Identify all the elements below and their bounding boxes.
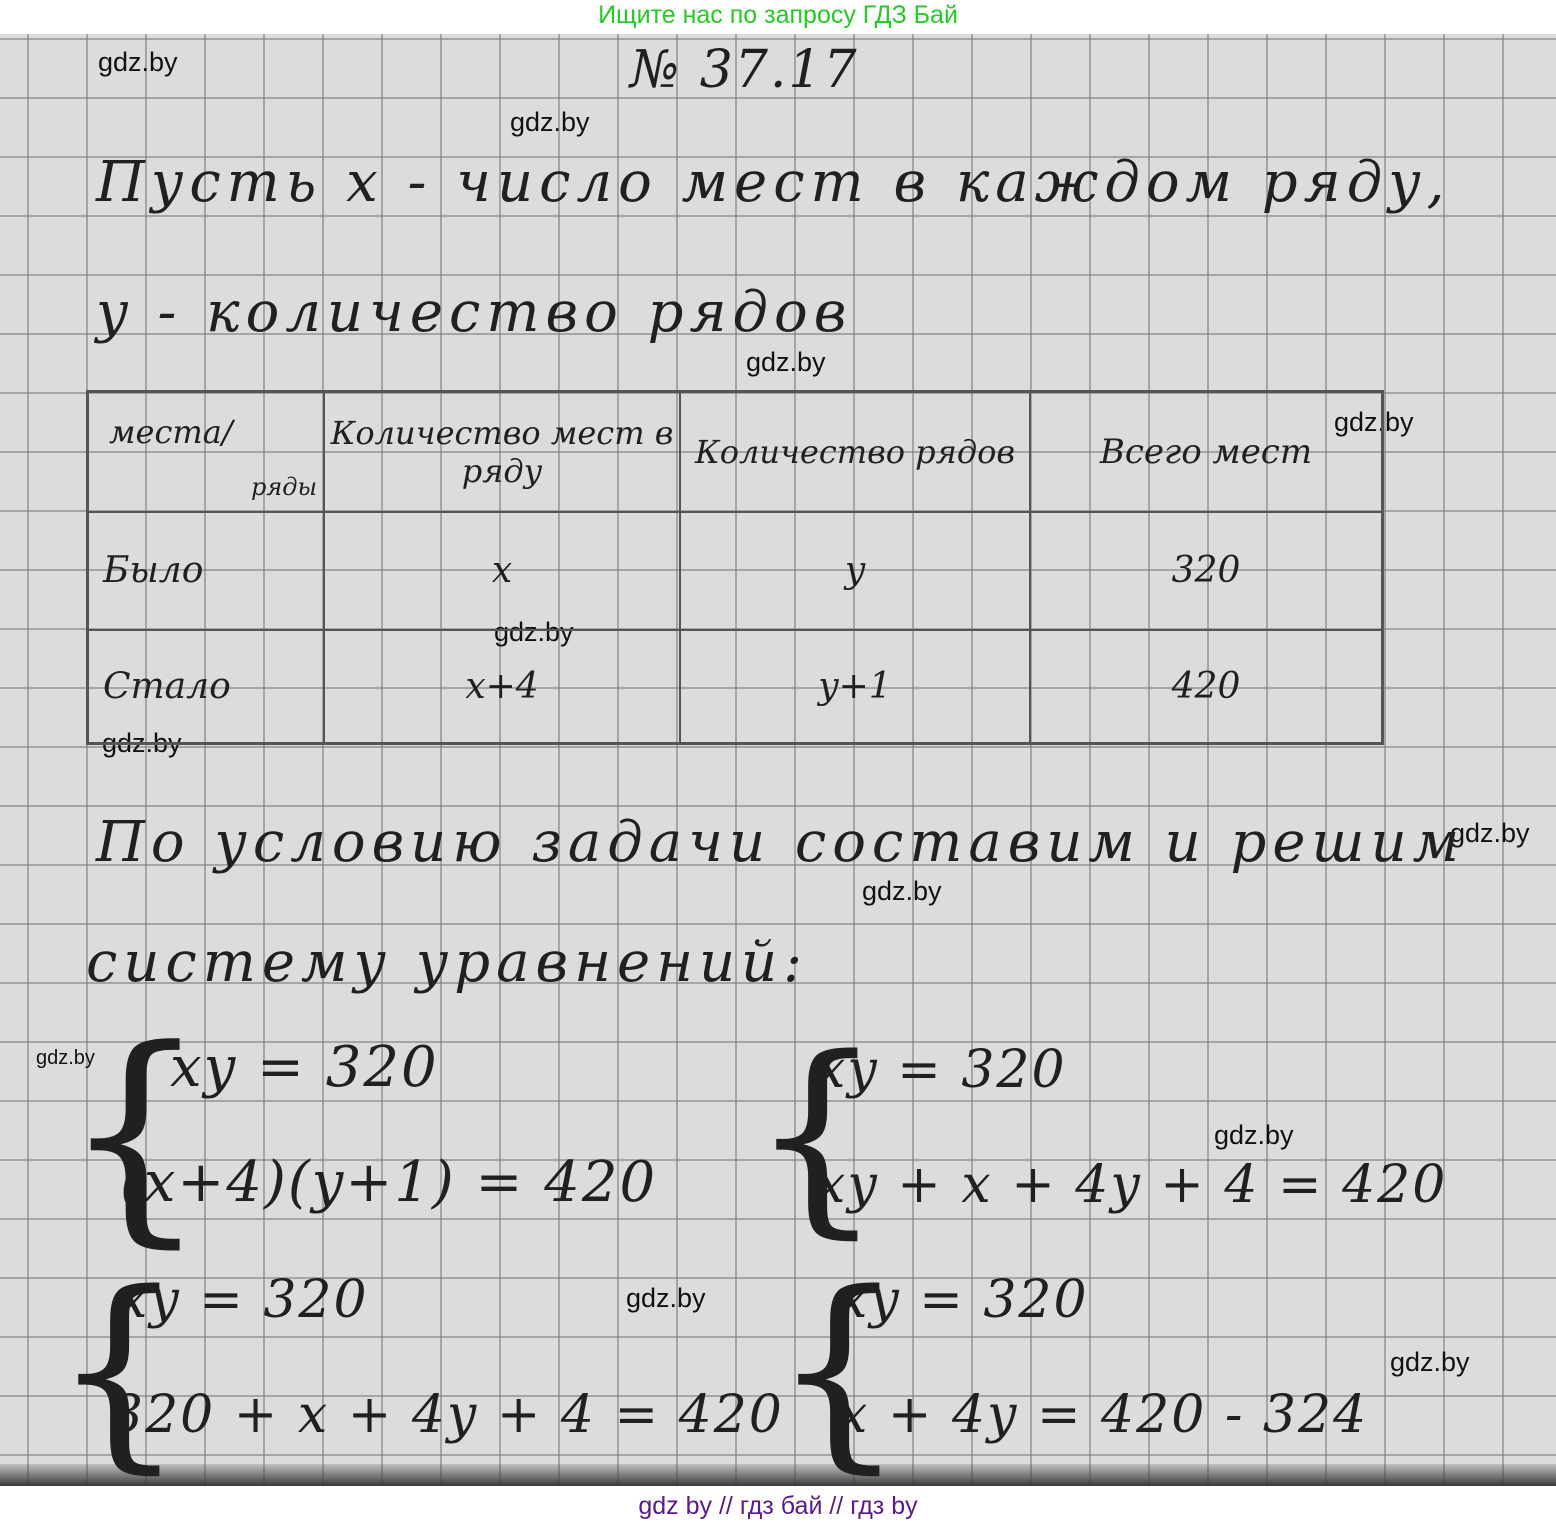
system-2-eq-2: xy + x + 4y + 4 = 420 — [816, 1155, 1447, 1215]
watermark: gdz.by — [510, 107, 590, 138]
table-cell: x — [324, 512, 680, 630]
watermark: gdz.by — [746, 347, 826, 378]
table-header: Количество рядов — [680, 392, 1030, 512]
intro-line-2: y - количество рядов — [96, 280, 852, 345]
table-cell: x+4 — [324, 630, 680, 744]
system-1-eq-1: xy = 320 — [170, 1035, 439, 1100]
table-header-row: места/ ряды Количество мест в ряду Колич… — [88, 392, 1383, 512]
intro-line-1: Пусть x - число мест в каждом ряду, — [96, 150, 1450, 215]
problem-number: № 37.17 — [630, 40, 859, 100]
table-cell: y — [680, 512, 1030, 630]
table-row: Стало x+4 y+1 420 — [88, 630, 1383, 744]
table-row: Было x y 320 — [88, 512, 1383, 630]
watermark: gdz.by — [98, 47, 178, 78]
bottom-banner: gdz by // гдз бай // гдз by — [0, 1488, 1556, 1525]
statement-line-1: По условию задачи составим и решим — [96, 810, 1465, 875]
corner-bottom-label: ряды — [251, 473, 317, 501]
statement-line-2: систему уравнений: — [86, 930, 808, 995]
system-1-eq-2: (x+4)(y+1) = 420 — [120, 1150, 657, 1215]
corner-top-label: места/ — [109, 413, 233, 451]
system-3-eq-1: xy = 320 — [118, 1270, 369, 1330]
row-label: Было — [88, 512, 325, 630]
system-3-eq-2: 320 + x + 4y + 4 = 420 — [110, 1385, 784, 1445]
table-header: Всего мест — [1030, 392, 1383, 512]
watermark: gdz.by — [626, 1283, 706, 1314]
table-cell: y+1 — [680, 630, 1030, 744]
system-4-eq-2: x + 4y = 420 - 324 — [838, 1385, 1368, 1445]
system-2-eq-1: xy = 320 — [816, 1040, 1067, 1100]
data-table: места/ ряды Количество мест в ряду Колич… — [86, 390, 1384, 745]
watermark: gdz.by — [1390, 1347, 1470, 1378]
system-4-eq-1: xy = 320 — [838, 1270, 1089, 1330]
table-header: Количество мест в ряду — [324, 392, 680, 512]
watermark: gdz.by — [862, 876, 942, 907]
table-corner-cell: места/ ряды — [88, 392, 325, 512]
table-cell: 420 — [1030, 630, 1383, 744]
top-banner: Ищите нас по запросу ГДЗ Бай — [0, 0, 1556, 34]
table-cell: 320 — [1030, 512, 1383, 630]
watermark: gdz.by — [1214, 1120, 1294, 1151]
row-label: Стало — [88, 630, 325, 744]
